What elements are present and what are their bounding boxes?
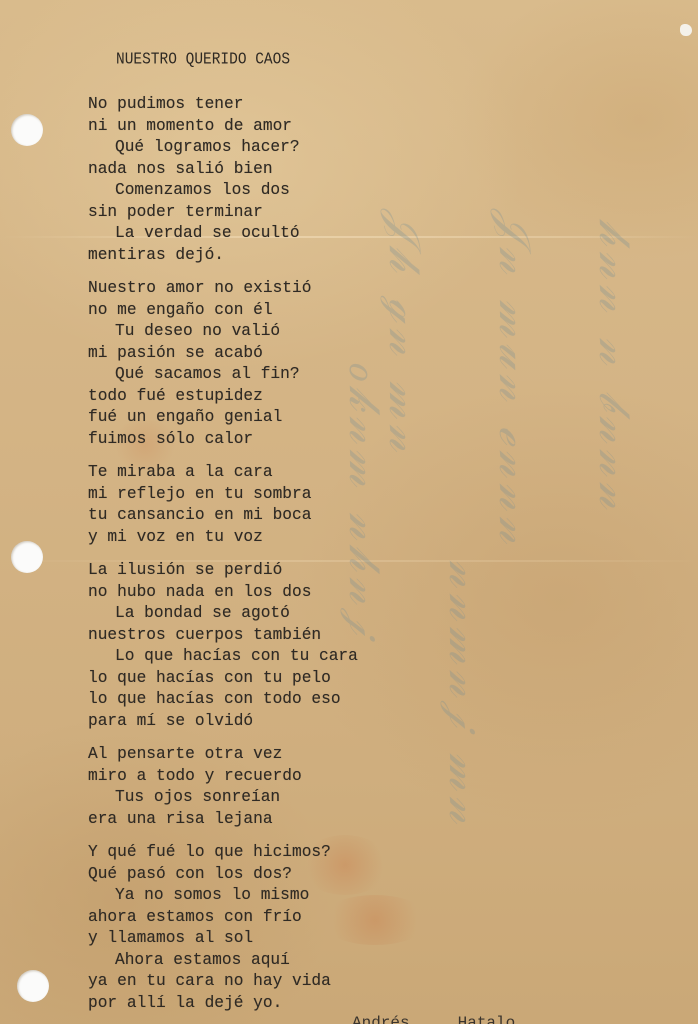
poem-line: Lo que hacías con tu cara [88,646,488,668]
poem-stanza: Nuestro amor no existióno me engaño con … [88,278,488,450]
poem-line: mi reflejo en tu sombra [88,484,488,506]
poem-line: lo que hacías con todo eso [88,689,488,711]
poem-stanza: Al pensarte otra vezmiro a todo y recuer… [88,744,488,830]
poem-body: No pudimos tenerni un momento de amorQué… [88,94,488,1024]
poem-stanza: No pudimos tenerni un momento de amorQué… [88,94,488,266]
poem-line: sin poder terminar [88,202,488,224]
poem-line: fuimos sólo calor [88,429,488,451]
poem-line: Tu deseo no valió [88,321,488,343]
poem-line: Comenzamos los dos [88,180,488,202]
poem-line: Ya no somos lo mismo [88,885,488,907]
poem-line: Nuestro amor no existió [88,278,488,300]
poem-line: para mí se olvidó [88,711,488,733]
poem-line: nada nos salió bien [88,159,488,181]
poem-title: NUESTRO QUERIDO CAOS [116,51,290,69]
paper-tear [680,24,692,36]
poem-line: por allí la dejé yo. [88,993,488,1015]
poem-line: La ilusión se perdió [88,560,488,582]
poem-stanza: La ilusión se perdióno hubo nada en los … [88,560,488,732]
poem-line: nuestros cuerpos también [88,625,488,647]
punch-hole [11,541,43,573]
author-signature-cropped: Andrés ... Hatalo [352,1014,515,1024]
punch-hole [17,970,49,1002]
poem-stanza: Y qué fué lo que hicimos?Qué pasó con lo… [88,842,488,1014]
poem-line: lo que hacías con tu pelo [88,668,488,690]
poem-line: tu cansancio en mi boca [88,505,488,527]
poem-line: mi pasión se acabó [88,343,488,365]
typewritten-poem-page: 𝒥𝒽 ℊ𝓃 𝓂𝓃 𝒥𝓃 𝓂𝓊𝓃 ℯ𝓃𝓃𝓃 𝒽𝓃𝓃 𝓃 𝒷𝓃𝓃𝓃 ℴ𝓀𝓃𝓂 𝓃𝒽𝓃… [0,0,698,1024]
reverse-side-handwriting: 𝒥𝓃 𝓂𝓊𝓃 ℯ𝓃𝓃𝓃 [489,210,540,549]
poem-line: Te miraba a la cara [88,462,488,484]
poem-line: ahora estamos con frío [88,907,488,929]
poem-line: Tus ojos sonreían [88,787,488,809]
punch-hole [11,114,43,146]
poem-line: y mi voz en tu voz [88,527,488,549]
poem-line: mentiras dejó. [88,245,488,267]
poem-line: La bondad se agotó [88,603,488,625]
poem-line: Ahora estamos aquí [88,950,488,972]
poem-line: todo fué estupidez [88,386,488,408]
poem-line: fué un engaño genial [88,407,488,429]
poem-line: No pudimos tener [88,94,488,116]
poem-line: Qué logramos hacer? [88,137,488,159]
poem-line: Qué pasó con los dos? [88,864,488,886]
poem-line: no hubo nada en los dos [88,582,488,604]
poem-line: Qué sacamos al fin? [88,364,488,386]
poem-line: Al pensarte otra vez [88,744,488,766]
poem-line: no me engaño con él [88,300,488,322]
poem-line: era una risa lejana [88,809,488,831]
poem-line: La verdad se ocultó [88,223,488,245]
poem-line: ni un momento de amor [88,116,488,138]
poem-line: y llamamos al sol [88,928,488,950]
poem-line: miro a todo y recuerdo [88,766,488,788]
poem-stanza: Te miraba a la carami reflejo en tu somb… [88,462,488,548]
poem-line: ya en tu cara no hay vida [88,971,488,993]
reverse-side-handwriting: 𝒽𝓃𝓃 𝓃 𝒷𝓃𝓃𝓃 [589,220,640,515]
poem-line: Y qué fué lo que hicimos? [88,842,488,864]
